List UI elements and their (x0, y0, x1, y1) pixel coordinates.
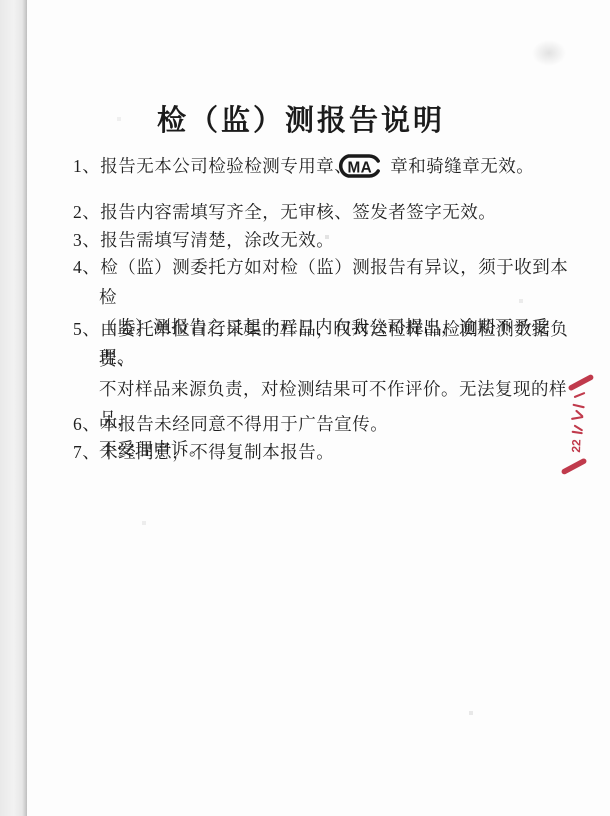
page-title: 检（监）测报告说明 (0, 98, 610, 139)
item-text: 未经同意，不得复制本报告。 (100, 442, 334, 462)
list-item-3: 3、报告需填写清楚，涂改无效。 (73, 225, 577, 255)
item-text: 检（监）测委托方如对检（监）测报告有异议，须于收到本检 (99, 257, 568, 307)
item-number: 1、 (73, 156, 100, 176)
red-edge-stamp: 22 (558, 371, 598, 476)
stamp-number-label: 22 (569, 439, 583, 453)
item-number: 5、 (73, 319, 100, 339)
item-number: 6、 (73, 414, 100, 434)
list-item-7: 7、未经同意，不得复制本报告。 (73, 437, 577, 467)
cma-certification-icon: MA (362, 154, 382, 178)
scan-speckles (0, 0, 2, 2)
item-number: 4、 (73, 257, 100, 277)
scanned-report-page: 检（监）测报告说明 1、报告无本公司检验检测专用章、MA章和骑缝章无效。 2、报… (0, 0, 610, 816)
item-text: 报告无本公司检验检测专用章、 (100, 156, 352, 176)
item-text: 报告需填写清楚，涂改无效。 (100, 230, 334, 250)
list-item-6: 6、本报告未经同意不得用于广告宣传。 (73, 409, 577, 439)
list-item-1: 1、报告无本公司检验检测专用章、MA章和骑缝章无效。 (73, 151, 577, 181)
item-number: 7、 (73, 442, 100, 462)
item-text: 报告内容需填写齐全，无审核、签发者签字无效。 (100, 202, 496, 222)
item-text: 章和骑缝章无效。 (390, 156, 534, 176)
item-number: 3、 (73, 230, 100, 250)
item-number: 2、 (73, 202, 100, 222)
item-text: 由委托单位自行采集的样品，仅对送检样品检测检测数据负责、 (99, 319, 568, 369)
cma-logo-label: MA (348, 160, 373, 177)
item-text: 本报告未经同意不得用于广告宣传。 (100, 414, 388, 434)
list-item-2: 2、报告内容需填写齐全，无审核、签发者签字无效。 (73, 197, 577, 227)
stamp-slash-top (571, 377, 590, 389)
stamp-slash-bottom (564, 461, 583, 473)
scan-smudge (532, 40, 566, 66)
stamp-scribble-marks (572, 393, 584, 433)
